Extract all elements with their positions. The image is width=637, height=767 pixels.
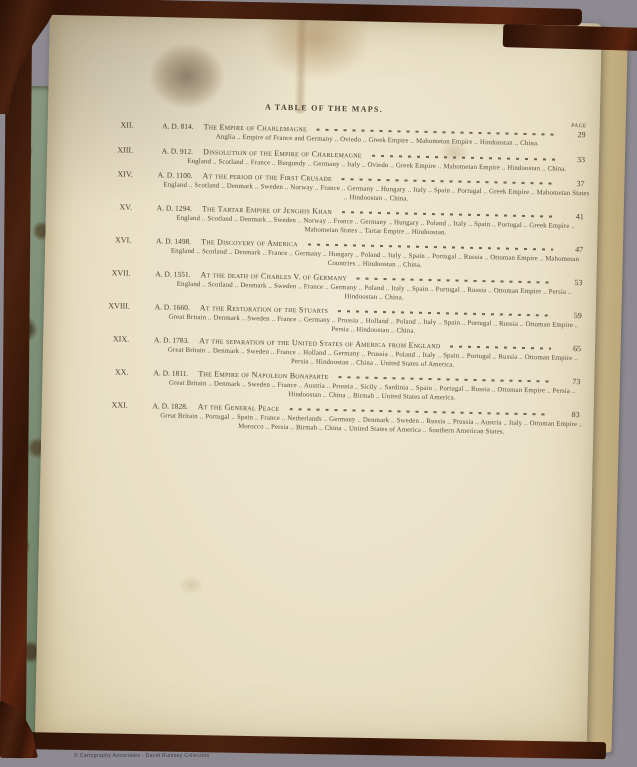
dash-leader (338, 376, 550, 382)
dash-leader (342, 211, 554, 217)
entry-title: At the General Peace (198, 402, 280, 414)
collection-credit: © Cartography Associates - David Rumsey … (74, 753, 210, 759)
entry-numeral: XIII. (93, 144, 133, 155)
entry-date: A. D. 1498. (135, 236, 191, 247)
entry-date: A. D. 1294. (136, 203, 192, 214)
entry-numeral: XIV. (93, 169, 133, 180)
table-of-maps: XII. A. D. 814. The Empire of Charlemagn… (41, 119, 599, 438)
entry-numeral: XV. (92, 202, 132, 213)
dash-leader (450, 345, 551, 349)
book-page: A TABLE OF THE MAPS. PAGE XII. A. D. 814… (35, 12, 602, 749)
entry-numeral: XVI. (91, 235, 131, 246)
toc-entry: XX. A. D. 1811. The Empire of Napoleon B… (42, 366, 594, 406)
toc-entry: XXI. A. D. 1828. At the General Peace 83… (41, 399, 593, 439)
entry-date: A. D. 912. (137, 145, 193, 156)
entry-date: A. D. 1783. (133, 335, 189, 346)
entry-page-number: 73 (558, 377, 580, 387)
toc-entry: XVI. A. D. 1498. The Discovery of Americ… (45, 234, 597, 274)
entry-date: A. D. 1811. (132, 368, 188, 379)
entry-numeral: XVIII. (90, 301, 130, 312)
entry-date: A. D. 1551. (134, 269, 190, 280)
dash-leader (317, 129, 556, 136)
entry-numeral: XX. (88, 367, 128, 378)
entry-date: A. D. 814. (138, 121, 194, 132)
entry-date: A. D. 1100. (137, 170, 193, 181)
toc-entry: XVII. A. D. 1551. At the death of Charle… (44, 267, 596, 307)
toc-entry: XVIII. A. D. 1660. At the Restoration of… (43, 300, 595, 340)
toc-entry: XV. A. D. 1294. The Tartar Empire of Jen… (45, 201, 597, 241)
dash-leader (372, 154, 555, 160)
entry-page-number: 29 (563, 130, 585, 140)
dash-leader (308, 243, 553, 250)
entry-page-number: 33 (563, 154, 585, 164)
dash-leader (342, 178, 555, 184)
dash-leader (289, 408, 549, 415)
dash-leader (338, 310, 552, 316)
entry-page-number: 41 (562, 212, 584, 222)
entry-numeral: XIX. (89, 334, 129, 345)
entry-date: A. D. 1660. (134, 302, 190, 313)
entry-page-number: 83 (558, 410, 580, 420)
dash-leader (357, 277, 553, 283)
leather-board-top-right-edge (503, 24, 637, 51)
entry-page-number: 59 (560, 311, 582, 321)
entry-page-number: 65 (559, 344, 581, 354)
entry-numeral: XVII. (90, 268, 130, 279)
toc-entry: XIX. A. D. 1783. At the separation of th… (43, 333, 595, 373)
entry-numeral: XII. (94, 120, 134, 131)
entry-page-number: 47 (561, 245, 583, 255)
toc-entry: XIV. A. D. 1100. At the period of the Fi… (46, 168, 598, 208)
entry-title: The Discovery of America (201, 237, 298, 249)
entry-page-number: 53 (560, 278, 582, 288)
entry-numeral: XXI. (88, 400, 128, 411)
entry-date: A. D. 1828. (132, 401, 188, 412)
entry-page-number: 37 (562, 179, 584, 189)
